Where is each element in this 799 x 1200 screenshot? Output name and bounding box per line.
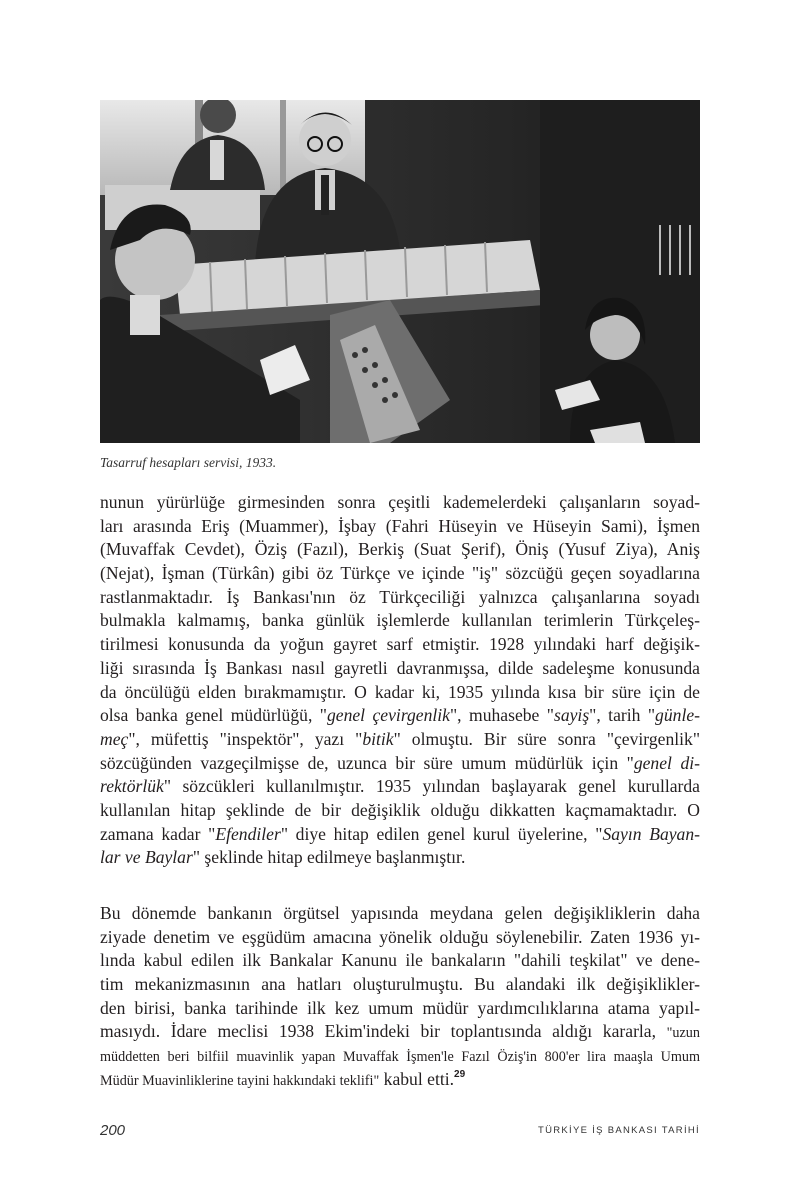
footnote-ref: 29 bbox=[454, 1069, 465, 1080]
italic-term: genel çevirgenlik bbox=[327, 705, 450, 725]
text-line: rastlanmaktadır. İş Bankası'nın öz Türkç… bbox=[100, 586, 700, 610]
italic-term: günle- bbox=[655, 705, 700, 725]
text-line: ziyade denetim ve eşgüdüm amacına yöneli… bbox=[100, 926, 700, 950]
text-segment: kabul etti. bbox=[379, 1069, 454, 1089]
text-segment: tim mekanizmasının ana hatları oluşturul… bbox=[100, 974, 700, 994]
text-segment: ", tarih " bbox=[589, 705, 655, 725]
body-text: nunun yürürlüğe girmesinden sonra çeşitl… bbox=[100, 491, 700, 1092]
text-line: bulmakla kalmamış, banka günlük işlemler… bbox=[100, 609, 700, 633]
text-line: masıydı. İdare meclisi 1938 Ekim'indeki … bbox=[100, 1020, 700, 1044]
photograph-icon bbox=[100, 100, 700, 443]
text-segment: (Nejat), İşman (Türkân) gibi öz Türkçe v… bbox=[100, 563, 700, 583]
paragraph: Bu dönemde bankanın örgütsel yapısında m… bbox=[100, 902, 700, 1092]
text-segment: rastlanmaktadır. İş Bankası'nın öz Türkç… bbox=[100, 587, 700, 607]
text-line: lar ve Baylar" şeklinde hitap edilmeye b… bbox=[100, 846, 700, 870]
text-line: sözcüğünden vazgeçilmişse de, uzunca bir… bbox=[100, 752, 700, 776]
paragraph-gap bbox=[100, 870, 700, 902]
text-segment: tirilmesi konusunda da yoğun gayret sarf… bbox=[100, 634, 700, 654]
text-segment: da öncülüğü elden bırakmamıştır. O kadar… bbox=[100, 682, 700, 702]
text-line: tirilmesi konusunda da yoğun gayret sarf… bbox=[100, 633, 700, 657]
text-segment: bulmakla kalmamış, banka günlük işlemler… bbox=[100, 610, 700, 630]
text-segment: ", müfettiş "inspektör", yazı " bbox=[128, 729, 362, 749]
text-line: meç", müfettiş "inspektör", yazı "bitik"… bbox=[100, 728, 700, 752]
page-number: 200 bbox=[100, 1122, 125, 1139]
text-line: rektörlük" sözcükleri kullanılmıştır. 19… bbox=[100, 775, 700, 799]
text-segment: liği sırasında İş Bankası nasıl gayretli… bbox=[100, 658, 700, 678]
text-segment: masıydı. İdare meclisi 1938 Ekim'indeki … bbox=[100, 1021, 667, 1041]
italic-term: bitik bbox=[362, 729, 393, 749]
italic-term: rektörlük bbox=[100, 776, 164, 796]
text-line: lında kabul edilen ilk Bankalar Kanunu i… bbox=[100, 949, 700, 973]
text-line: (Muvaffak Cevdet), Öziş (Fazıl), Berkiş … bbox=[100, 538, 700, 562]
text-segment: zamana kadar " bbox=[100, 824, 215, 844]
text-line: kullanılan hitap şeklinde de bir değişik… bbox=[100, 799, 700, 823]
text-line: olsa banka genel müdürlüğü, "genel çevir… bbox=[100, 704, 700, 728]
text-segment: lında kabul edilen ilk Bankalar Kanunu i… bbox=[100, 950, 700, 970]
italic-term: Sayın Bayan- bbox=[602, 824, 700, 844]
text-segment: " olmuştu. Bir süre sonra "çevirgenlik" bbox=[394, 729, 700, 749]
text-line: den birisi, banka tarihinde ilk kez umum… bbox=[100, 997, 700, 1021]
italic-term: genel di- bbox=[634, 753, 700, 773]
text-segment: nunun yürürlüğe girmesinden sonra çeşitl… bbox=[100, 492, 700, 512]
text-segment: olsa banka genel müdürlüğü, " bbox=[100, 705, 327, 725]
quoted-text: Müdür Muavinliklerine tayini hakkındaki … bbox=[100, 1073, 379, 1089]
text-segment: ziyade denetim ve eşgüdüm amacına yöneli… bbox=[100, 927, 700, 947]
photo-caption: Tasarruf hesapları servisi, 1933. bbox=[100, 455, 700, 471]
paragraphs: nunun yürürlüğe girmesinden sonra çeşitl… bbox=[100, 491, 700, 1092]
text-segment: Bu dönemde bankanın örgütsel yapısında m… bbox=[100, 903, 700, 923]
italic-term: sayiş bbox=[554, 705, 589, 725]
text-segment: kullanılan hitap şeklinde de bir değişik… bbox=[100, 800, 700, 820]
text-segment: " diye hitap edilen genel kurul üyelerin… bbox=[281, 824, 603, 844]
italic-term: Efendiler bbox=[215, 824, 280, 844]
paragraph: nunun yürürlüğe girmesinden sonra çeşitl… bbox=[100, 491, 700, 870]
text-line: zamana kadar "Efendiler" diye hitap edil… bbox=[100, 823, 700, 847]
text-line: tim mekanizmasının ana hatları oluşturul… bbox=[100, 973, 700, 997]
quoted-text: "uzun bbox=[667, 1025, 700, 1041]
text-line: (Nejat), İşman (Türkân) gibi öz Türkçe v… bbox=[100, 562, 700, 586]
text-line: da öncülüğü elden bırakmamıştır. O kadar… bbox=[100, 681, 700, 705]
text-line: liği sırasında İş Bankası nasıl gayretli… bbox=[100, 657, 700, 681]
quoted-text: müddetten beri bilfiil muavinlik yapan M… bbox=[100, 1049, 700, 1065]
italic-term: meç bbox=[100, 729, 128, 749]
text-line: Müdür Muavinliklerine tayini hakkındaki … bbox=[100, 1068, 700, 1092]
text-segment: " şeklinde hitap edilmeye başlanmıştır. bbox=[193, 847, 466, 867]
text-line: nunun yürürlüğe girmesinden sonra çeşitl… bbox=[100, 491, 700, 515]
text-segment: " sözcükleri kullanılmıştır. 1935 yılınd… bbox=[164, 776, 700, 796]
text-segment: ", muhasebe " bbox=[450, 705, 554, 725]
archival-photo bbox=[100, 100, 700, 443]
text-segment: den birisi, banka tarihinde ilk kez umum… bbox=[100, 998, 700, 1018]
running-head: TÜRKİYE İŞ BANKASI TARİHİ bbox=[538, 1125, 700, 1136]
text-line: müddetten beri bilfiil muavinlik yapan M… bbox=[100, 1044, 700, 1068]
text-line: ları arasında Eriş (Muammer), İşbay (Fah… bbox=[100, 515, 700, 539]
text-segment: (Muvaffak Cevdet), Öziş (Fazıl), Berkiş … bbox=[100, 539, 700, 559]
page-footer: 200 TÜRKİYE İŞ BANKASI TARİHİ bbox=[100, 1122, 700, 1142]
italic-term: lar ve Baylar bbox=[100, 847, 193, 867]
text-line: Bu dönemde bankanın örgütsel yapısında m… bbox=[100, 902, 700, 926]
text-segment: sözcüğünden vazgeçilmişse de, uzunca bir… bbox=[100, 753, 634, 773]
text-segment: ları arasında Eriş (Muammer), İşbay (Fah… bbox=[100, 516, 700, 536]
